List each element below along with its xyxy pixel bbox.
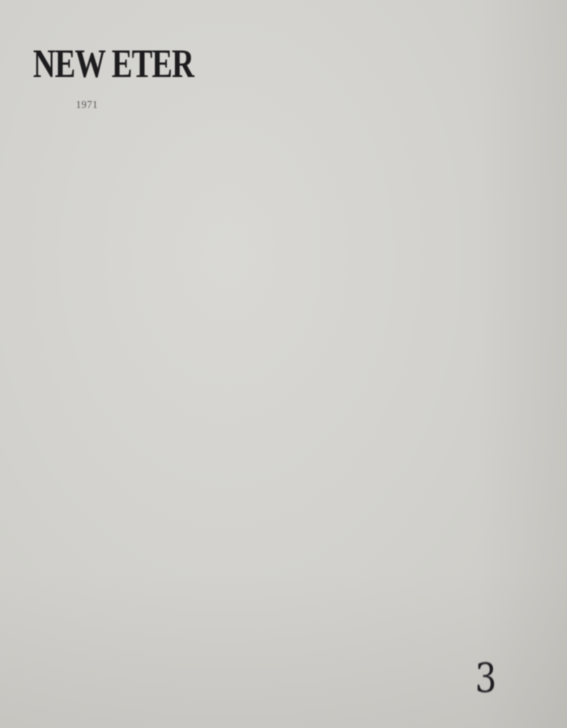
- masthead: NEW ETER 1971: [33, 44, 183, 111]
- document-page: NEW ETER 1971 3: [0, 0, 567, 728]
- masthead-title: NEW ETER: [33, 44, 150, 84]
- paper-shading-bottom: [0, 568, 567, 728]
- masthead-year: 1971: [0, 101, 183, 111]
- page-number: 3: [475, 657, 497, 701]
